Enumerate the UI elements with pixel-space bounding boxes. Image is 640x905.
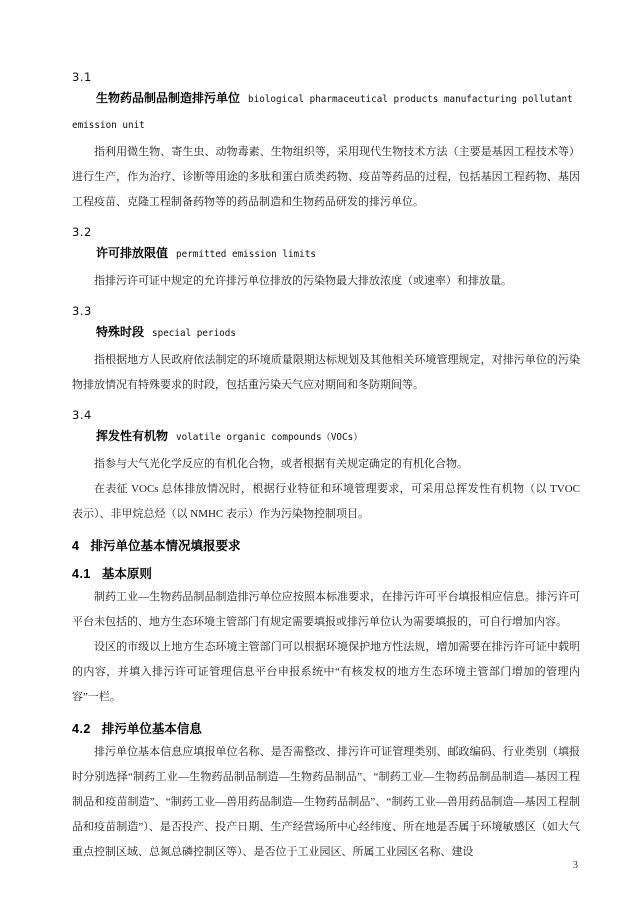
term-zh: 特殊时段 — [96, 325, 144, 339]
clause-definition: 指利用微生物、寄生虫、动物毒素、生物组织等，采用现代生物技术方法（主要是基因工程… — [72, 140, 580, 215]
clause-number: 3.1 — [72, 70, 580, 84]
section-4-heading: 4排污单位基本情况填报要求 — [72, 537, 580, 555]
clause-3-4: 3.4 挥发性有机物volatile organic compounds（VOC… — [72, 408, 580, 527]
clause-3-2: 3.2 许可排放限值permitted emission limits 指排污许… — [72, 225, 580, 294]
clause-definition: 指参与大气光化学反应的有机化合物，或者根据有关规定确定的有机化合物。 — [72, 452, 580, 477]
clause-definition: 指根据地方人民政府依法制定的环境质量限期达标规划及其他相关环境管理规定，对排污单… — [72, 348, 580, 398]
term-en: special periods — [152, 328, 236, 339]
term-heading: 特殊时段special periods — [72, 320, 580, 346]
heading-number: 4.1 — [72, 567, 91, 581]
term-zh: 生物药品制品制造排污单位 — [96, 91, 240, 105]
heading-title: 基本原则 — [102, 567, 152, 581]
term-heading: 许可排放限值permitted emission limits — [72, 241, 580, 267]
document-page: 3.1 生物药品制品制造排污单位biological pharmaceutica… — [0, 0, 640, 905]
page-number: 3 — [573, 860, 578, 871]
paragraph: 排污单位基本信息应填报单位名称、是否需整改、排污许可证管理类别、邮政编码、行业类… — [72, 740, 580, 865]
heading-title: 排污单位基本信息 — [102, 722, 202, 736]
clause-3-3: 3.3 特殊时段special periods 指根据地方人民政府依法制定的环境… — [72, 304, 580, 398]
clause-definition: 在表征 VOCs 总体排放情况时，根据行业特征和环境管理要求，可采用总挥发性有机… — [72, 477, 580, 527]
clause-number: 3.3 — [72, 304, 580, 318]
term-zh: 许可排放限值 — [96, 246, 168, 260]
term-zh: 挥发性有机物 — [96, 429, 168, 443]
term-en: volatile organic compounds（VOCs） — [176, 432, 363, 443]
clause-definition: 指排污许可证中规定的允许排污单位排放的污染物最大排放浓度（或速率）和排放量。 — [72, 269, 580, 294]
term-heading: 生物药品制品制造排污单位biological pharmaceutical pr… — [72, 86, 580, 138]
paragraph: 制药工业—生物药品制品制造排污单位应按照本标准要求，在排污许可平台填报相应信息。… — [72, 585, 580, 635]
heading-number: 4.2 — [72, 722, 91, 736]
paragraph: 设区的市级以上地方生态环境主管部门可以根据环境保护地方性法规，增加需要在排污许可… — [72, 635, 580, 710]
heading-title: 排污单位基本情况填报要求 — [90, 539, 240, 553]
term-heading: 挥发性有机物volatile organic compounds（VOCs） — [72, 424, 580, 450]
page-content: 3.1 生物药品制品制造排污单位biological pharmaceutica… — [72, 70, 580, 865]
section-4-1-heading: 4.1基本原则 — [72, 565, 580, 583]
clause-3-1: 3.1 生物药品制品制造排污单位biological pharmaceutica… — [72, 70, 580, 215]
term-en: permitted emission limits — [176, 249, 316, 260]
clause-number: 3.2 — [72, 225, 580, 239]
section-4-2-heading: 4.2排污单位基本信息 — [72, 720, 580, 738]
clause-number: 3.4 — [72, 408, 580, 422]
section-4: 4排污单位基本情况填报要求 4.1基本原则 制药工业—生物药品制品制造排污单位应… — [72, 537, 580, 865]
heading-number: 4 — [72, 539, 79, 553]
